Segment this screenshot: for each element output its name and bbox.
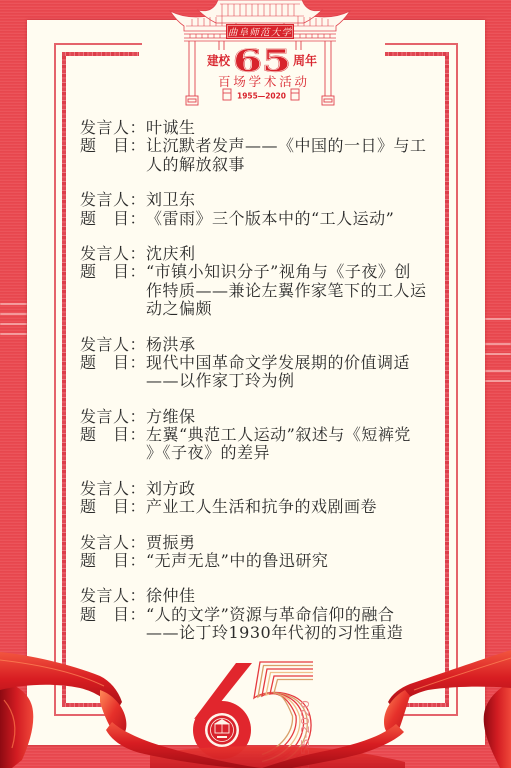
title-label: 题 目： [80, 498, 146, 516]
title-label: 题 目： [80, 552, 146, 570]
speaker-name: 方维保 [146, 407, 196, 426]
frame-line-left-inner [62, 52, 66, 707]
talk-title-line: 作特质——兼论左翼作家笔下的工人运 [146, 281, 427, 300]
speaker-entry: 发言人：叶诚生 题 目：让沉默者发声——《中国的一日》与工 人的解放叙事 [80, 119, 460, 174]
speaker-entry: 发言人：方维保 题 目：左翼“典范工人运动”叙述与《短裤党 》《子夜》的差异 [80, 408, 460, 463]
speaker-name: 叶诚生 [146, 118, 196, 137]
speaker-list: 发言人：叶诚生 题 目：让沉默者发声——《中国的一日》与工 人的解放叙事 发言人… [80, 119, 460, 660]
title-label: 题 目： [80, 263, 146, 281]
talk-title-line: 让沉默者发声——《中国的一日》与工 [146, 136, 427, 155]
speaker-label: 发言人： [80, 480, 146, 498]
speaker-label: 发言人： [80, 408, 146, 426]
decorative-streak [485, 318, 511, 320]
anniversary-suffix: 周年 [293, 53, 317, 68]
talk-title-line: “人的文学”资源与革命信仰的融合 [146, 605, 394, 624]
year-range: 1955—2020 [237, 92, 286, 101]
talk-title-line: 动之偏颇 [146, 299, 212, 318]
speaker-entry: 发言人：徐仲佳 题 目：“人的文学”资源与革命信仰的融合 ——论丁玲1930年代… [80, 587, 460, 642]
decorative-streak [485, 353, 511, 355]
speaker-label: 发言人： [80, 245, 146, 263]
decorative-streak [0, 333, 27, 335]
title-label: 题 目： [80, 137, 146, 155]
speaker-name: 杨洪承 [146, 335, 196, 354]
pillar-base [223, 89, 231, 100]
speaker-label: 发言人： [80, 191, 146, 209]
talk-title-line: 》《子夜》的差异 [146, 443, 270, 462]
university-name: 曲阜师范大学 [228, 28, 293, 39]
talk-title-line: 《雷雨》三个版本中的“工人运动” [146, 209, 394, 228]
decorative-streak [485, 370, 511, 372]
talk-title-line: 人的解放叙事 [146, 155, 245, 174]
frame-line-top-right-outer [385, 43, 458, 45]
ribbon-left-drape [0, 680, 33, 768]
speaker-label: 发言人： [80, 534, 146, 552]
decorative-streak [0, 303, 27, 305]
frame-line-left-outer [54, 43, 56, 716]
talk-title-line: 产业工人生活和抗争的戏剧画卷 [146, 497, 377, 516]
pillar-base [291, 89, 299, 100]
speaker-entry: 发言人：杨洪承 题 目：现代中国革命文学发展期的价值调适 ——以作家丁玲为例 [80, 336, 460, 391]
title-label: 题 目： [80, 426, 146, 444]
frame-line-top-left-inner [62, 52, 139, 56]
speaker-name: 刘方政 [146, 479, 196, 498]
frame-line-top-left-outer [54, 43, 142, 45]
speaker-label: 发言人： [80, 119, 146, 137]
speaker-name: 刘卫东 [146, 190, 196, 209]
university-gate-emblem: 曲阜师范大学 建校 65 65 周年 百场学术活动 1955—2020 [160, 0, 360, 110]
speaker-label: 发言人： [80, 336, 146, 354]
speaker-entry: 发言人：刘方政 题 目：产业工人生活和抗争的戏剧画卷 [80, 480, 460, 517]
speaker-name: 沈庆利 [146, 244, 196, 263]
talk-title-line: “市镇小知识分子”视角与《子夜》创 [146, 262, 411, 281]
speaker-name: 徐仲佳 [146, 586, 196, 605]
decorative-streak [485, 343, 511, 345]
speaker-entry: 发言人：刘卫东 题 目：《雷雨》三个版本中的“工人运动” [80, 191, 460, 228]
talk-title-line: 左翼“典范工人运动”叙述与《短裤党 [146, 425, 411, 444]
decorative-streak [485, 380, 511, 382]
silk-ribbon-decoration [0, 640, 511, 768]
title-label: 题 目： [80, 210, 146, 228]
speaker-entry: 发言人：沈庆利 题 目：“市镇小知识分子”视角与《子夜》创 作特质——兼论左翼作… [80, 245, 460, 319]
frame-line-top-right-inner [385, 52, 449, 56]
speaker-entry: 发言人：贾振勇 题 目：“无声无息”中的鲁迅研究 [80, 534, 460, 571]
title-label: 题 目： [80, 354, 146, 372]
central-roof [198, 0, 322, 23]
speaker-name: 贾振勇 [146, 533, 196, 552]
speaker-label: 发言人： [80, 587, 146, 605]
decorative-streak [0, 313, 27, 315]
decorative-streak [0, 323, 27, 325]
talk-title-line: ——以作家丁玲为例 [146, 371, 295, 390]
title-label: 题 目： [80, 606, 146, 624]
talk-title-line: “无声无息”中的鲁迅研究 [146, 551, 328, 570]
talk-title-line: 现代中国革命文学发展期的价值调适 [146, 353, 410, 372]
anniversary-prefix: 建校 [206, 53, 230, 68]
ribbon-right-drape [484, 682, 511, 768]
